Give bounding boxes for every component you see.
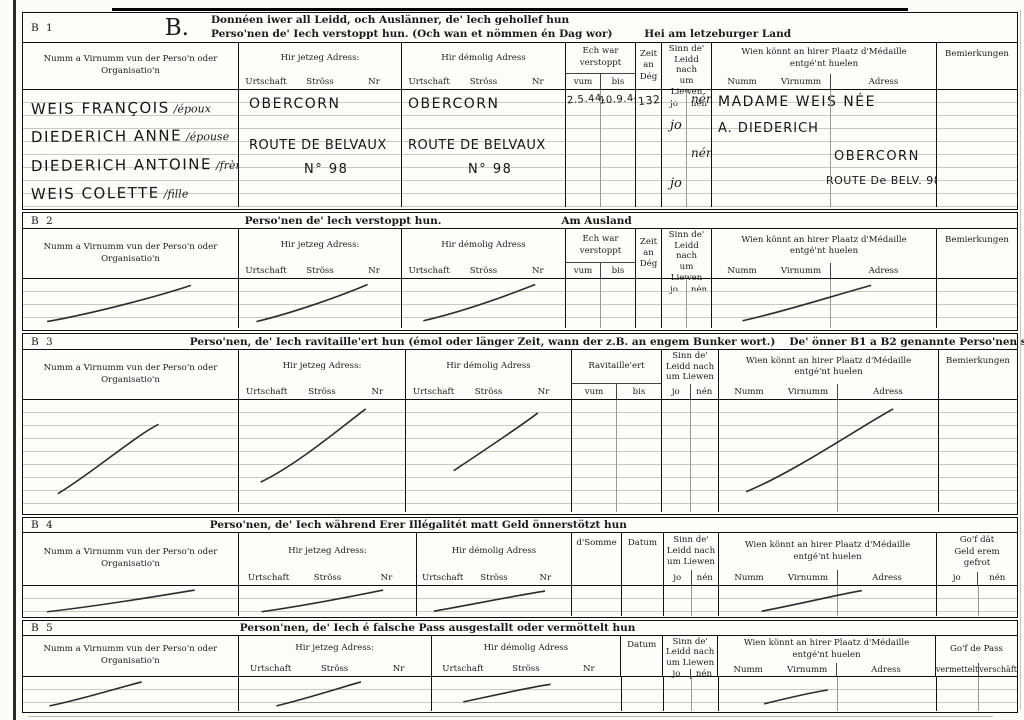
- nr-subheader: Nr: [347, 77, 401, 87]
- strikethrough-mark: [732, 407, 907, 503]
- stross-subheader: Ströss: [456, 266, 510, 276]
- alive-header-1: Sinn de': [673, 535, 708, 546]
- b5-col-datum: Datum: [620, 636, 662, 676]
- strikethrough-mark: [730, 282, 887, 324]
- b2-col-current-address: Hir jetzeg Adress: Urtschaft Ströss Nr: [238, 229, 401, 278]
- b1-days-cell: 132: [635, 90, 661, 207]
- b4-label: B 4: [31, 519, 55, 531]
- medal-name-line: A. DIEDERICH: [718, 121, 936, 136]
- jo-subheader: jo: [662, 384, 691, 399]
- person-name: DIEDERICH ANNE: [31, 127, 182, 147]
- b4-names-cell: [23, 586, 238, 616]
- b4-col-money-returned: Go'f dät Geld erem gefrot jo nén: [936, 533, 1017, 585]
- b3-former-address-cell: [405, 400, 571, 512]
- ravitaillement-header: Ravitaille'ert: [572, 350, 661, 383]
- person-name: WEIS FRANÇOIS: [31, 99, 170, 118]
- numm-subheader: Numm: [712, 77, 772, 87]
- b5-datum-cell: [621, 677, 663, 711]
- jo-subheader: jo: [664, 570, 692, 585]
- urtschaft-subheader: Urtschaft: [239, 664, 303, 674]
- nr-subheader: Nr: [511, 266, 565, 276]
- alive-header-3: um Liewen: [666, 372, 714, 383]
- strikethrough-mark: [268, 679, 374, 708]
- stross-subheader: Ströss: [298, 573, 357, 583]
- jo-subheader: jo: [937, 572, 978, 585]
- nr-subheader: Nr: [516, 387, 571, 397]
- stross-subheader: Ströss: [461, 387, 516, 397]
- alive-header-2: Leidd nach: [666, 362, 714, 373]
- b4-col-alive: Sinn de' Leidd nach um Liewen jo nén: [663, 533, 718, 585]
- b3-col-name: Numm a Virnumm vun der Perso'n oder Orga…: [23, 350, 238, 399]
- medal-header-2: entgé'nt huelen: [794, 367, 862, 378]
- strikethrough-mark: [423, 588, 559, 614]
- nr-subheader: Nr: [520, 573, 571, 583]
- former-address-header: Hir démolig Adress: [406, 350, 571, 384]
- medal-header-2: entgé'nt huelen: [793, 552, 861, 563]
- former-address-header: Hir démolig Adress: [402, 43, 565, 74]
- strikethrough-mark: [455, 681, 559, 705]
- medal-address-line: OBERCORN: [834, 149, 936, 164]
- b2-col-remarks: Bemierkungen: [936, 229, 1017, 278]
- b3-ravitaillement-cell: [571, 400, 661, 512]
- b2-body-row: [23, 279, 1017, 328]
- b1-former-address-cell: OBERCORN ROUTE DE BELVAUX N° 98: [401, 90, 565, 207]
- nen-subheader: nén: [691, 387, 719, 397]
- urtschaft-subheader: Urtschaft: [239, 387, 294, 397]
- b1-col-remarks: Bemierkungen: [936, 43, 1017, 89]
- b2-col-alive: Sinn de' Leidd nach um Liewen jo nén: [661, 229, 711, 278]
- b4-titlebar: B 4 Perso'nen, de' Iech während Erer Ill…: [23, 518, 1017, 532]
- b3-medal-cell: [718, 400, 938, 512]
- b2-titlebar: B 2 Perso'nen de' lech verstoppt hun. Am…: [23, 213, 1017, 228]
- stross-subheader: Ströss: [494, 664, 557, 674]
- stross-subheader: Ströss: [293, 266, 347, 276]
- b5-former-address-cell: [431, 677, 621, 711]
- b3-col-ravitaillement: Ravitaille'ert vum bis: [571, 350, 661, 399]
- nr-subheader: Nr: [350, 387, 405, 397]
- b3-col-current-address: Hir jetzeg Adress: Urtschaft Ströss Nr: [238, 350, 405, 399]
- b1-title-line1: Donnéen iwer all Leidd, och Auslänner, d…: [211, 14, 791, 27]
- bis-subheader: bis: [601, 77, 635, 87]
- strikethrough-mark: [32, 282, 221, 324]
- numm-subheader: Numm: [719, 573, 779, 583]
- person-relation: /fille: [164, 187, 189, 200]
- medal-header-1: Wien könnt an hirer Plaatz d'Médaille: [745, 540, 910, 551]
- b2-names-cell: [23, 279, 238, 328]
- b3-col-alive: Sinn de' Leidd nach um Liewen jo nén: [661, 350, 718, 399]
- remarks-header: Bemierkungen: [937, 229, 1017, 278]
- urtschaft-subheader: Urtschaft: [402, 266, 456, 276]
- b2-current-address-cell: [238, 279, 401, 328]
- zeit-header-1: Zeit: [640, 49, 657, 60]
- alive-header-1: Sinn de': [669, 44, 704, 55]
- current-address-header: Hir jetzeg Adress:: [239, 350, 405, 384]
- b1-col-medal: Wien könnt an hirer Plaatz d'Médaille en…: [711, 43, 936, 89]
- address-number: N° 98: [468, 162, 563, 177]
- medal-header-1: Wien könnt an hirer Plaatz d'Médaille: [744, 638, 909, 649]
- strikethrough-mark: [246, 588, 402, 614]
- b4-body-row: [23, 586, 1017, 616]
- b1-body-row: WEIS FRANÇOIS/époux DIEDERICH ANNE/épous…: [23, 90, 1017, 207]
- address-number: N° 98: [304, 162, 399, 177]
- nen-subheader: nén: [692, 573, 719, 583]
- b1-col-days: Zeit an Dég: [635, 43, 661, 89]
- b2-medal-cell: [711, 279, 936, 328]
- zeit-header-1: Zeit: [640, 237, 657, 248]
- alive-value: jo: [670, 176, 682, 191]
- b5-col-alive: Sinn de' Leidd nach um Liewen jo nén: [662, 636, 717, 676]
- nr-subheader: Nr: [357, 573, 416, 583]
- nr-subheader: Nr: [367, 664, 431, 674]
- b3-alive-cell: [661, 400, 718, 512]
- b3-col-medal: Wien könnt an hirer Plaatz d'Médaille en…: [718, 350, 938, 399]
- stross-subheader: Ströss: [468, 573, 519, 583]
- scan-right-line: [1020, 10, 1021, 710]
- alive-header-1: Sinn de': [672, 637, 707, 647]
- pass-provided-header: Go'f de Pass: [936, 636, 1017, 663]
- adress-subheader: Adress: [831, 266, 936, 276]
- b2-col-former-address: Hir démolig Adress Urtschaft Ströss Nr: [401, 229, 565, 278]
- b2-header-row: Numm a Virnumm vun der Perso'n oder Orga…: [23, 228, 1017, 279]
- b2-col-days: Zeit an Dég: [635, 229, 661, 278]
- datum-header: Datum: [621, 636, 662, 676]
- vum-subheader: vum: [566, 74, 601, 89]
- virnumm-subheader: Virnumm: [772, 263, 831, 278]
- b1-header-row: Numm a Virnumm vun der Perso'n oder Orga…: [23, 42, 1017, 90]
- alive-header-2: Leidd nach: [667, 546, 715, 557]
- alive-header-3: um Liewen: [666, 658, 714, 668]
- alive-header-2: Leidd nach: [663, 55, 710, 76]
- person-relation: /épouse: [186, 130, 229, 143]
- b4-money-returned-cell: [936, 586, 1017, 616]
- zeit-header-3: Dég: [640, 72, 657, 83]
- b1-alive-cell: nén jo nén jo: [661, 90, 711, 207]
- zeit-header-3: Dég: [640, 259, 657, 270]
- scan-top-line: [112, 8, 908, 11]
- b1-col-alive: Sinn de' Leidd nach um Liewen jo nén: [661, 43, 711, 89]
- b5-label: B 5: [31, 622, 55, 634]
- person-name: WEIS COLETTE: [31, 184, 160, 203]
- money-returned-header-2: Geld erem gefrot: [940, 547, 1014, 570]
- scanned-form-page: B 1 B. Donnéen iwer all Leidd, och Auslä…: [0, 0, 1024, 720]
- virnumm-subheader: Virnumm: [772, 74, 831, 89]
- b4-current-address-cell: [238, 586, 416, 616]
- urtschaft-subheader: Urtschaft: [402, 77, 456, 87]
- b1-col-hidden-period: Ech war verstoppt vum bis: [565, 43, 635, 89]
- hidden-period-header: Ech war verstoppt: [566, 43, 635, 73]
- adress-subheader: Adress: [838, 387, 938, 397]
- alive-value: nén: [691, 92, 711, 106]
- strikethrough-mark: [32, 588, 221, 614]
- scan-bottom-line: [28, 716, 993, 717]
- remarks-header: Bemierkungen: [937, 43, 1017, 89]
- datum-header: Datum: [622, 533, 663, 585]
- b1-big-letter: B.: [165, 15, 189, 41]
- nen-subheader: nén: [978, 573, 1018, 583]
- b4-datum-cell: [621, 586, 663, 616]
- medal-header-1: Wien könnt an hirer Plaatz d'Médaille: [741, 235, 906, 246]
- b3-current-address-cell: [238, 400, 405, 512]
- strikethrough-mark: [246, 407, 392, 503]
- b2-col-name: Numm a Virnumm vun der Perso'n oder Orga…: [23, 229, 238, 278]
- strikethrough-mark: [409, 282, 552, 324]
- strikethrough-mark: [245, 282, 388, 324]
- urtschaft-subheader: Urtschaft: [417, 573, 468, 583]
- b4-col-datum: Datum: [621, 533, 663, 585]
- b3-header-row: Numm a Virnumm vun der Perso'n oder Orga…: [23, 349, 1017, 400]
- b5-names-cell: [23, 677, 238, 711]
- b1-name-header: Numm a Virnumm vun der Perso'n oder Orga…: [23, 43, 238, 89]
- medal-name-line: MADAME WEIS NÉE: [718, 94, 936, 110]
- address-street: ROUTE DE BELVAUX: [408, 138, 563, 153]
- section-b5: B 5 Person'nen, de' Iech é falsche Pass …: [22, 620, 1018, 713]
- b2-former-address-cell: [401, 279, 565, 328]
- section-b2: B 2 Perso'nen de' lech verstoppt hun. Am…: [22, 212, 1018, 331]
- current-address-header: Hir jetzeg Adress:: [239, 43, 401, 74]
- numm-subheader: Numm: [719, 387, 779, 397]
- b2-title-right: Am Ausland: [561, 215, 631, 227]
- nr-subheader: Nr: [511, 77, 565, 87]
- b2-hidden-period-cell: [565, 279, 635, 328]
- virnumm-subheader: Virnumm: [778, 663, 837, 676]
- vum-subheader: vum: [566, 263, 601, 278]
- scan-edge-artifact: [13, 0, 16, 720]
- urtschaft-subheader: Urtschaft: [239, 573, 298, 583]
- b2-col-medal: Wien könnt an hirer Plaatz d'Médaille en…: [711, 229, 936, 278]
- alive-value: jo: [670, 118, 682, 133]
- former-address-header: Hir démolig Adress: [432, 636, 621, 661]
- b4-somme-cell: [571, 586, 621, 616]
- b1-titlebar: B 1 B. Donnéen iwer all Leidd, och Auslä…: [23, 13, 1017, 42]
- days-value: 132: [637, 93, 661, 108]
- strikethrough-mark: [752, 588, 871, 614]
- alive-header-3: um Liewen: [667, 557, 715, 568]
- hidden-period-header: Ech war verstoppt: [566, 229, 635, 262]
- person-name: DIEDERICH ANTOINE: [31, 155, 212, 175]
- b4-col-former-address: Hir démolig Adress Urtschaft Ströss Nr: [416, 533, 571, 585]
- b4-alive-cell: [663, 586, 718, 616]
- zeit-header-2: an: [643, 60, 654, 71]
- b2-name-header: Numm a Virnumm vun der Perso'n oder Orga…: [23, 229, 238, 278]
- nr-subheader: Nr: [347, 266, 401, 276]
- address-street: ROUTE DE BELVAUX: [249, 138, 399, 153]
- strikethrough-mark: [40, 679, 158, 708]
- b5-col-medal: Wien könnt an hirer Plaatz d'Médaille en…: [717, 636, 935, 676]
- b3-body-row: [23, 400, 1017, 512]
- urtschaft-subheader: Urtschaft: [239, 266, 293, 276]
- b5-header-row: Numm a Virnumm vun der Perso'n oder Orga…: [23, 635, 1017, 677]
- strikethrough-mark: [413, 411, 558, 507]
- bis-subheader: bis: [617, 387, 661, 397]
- medal-header-1: Wien könnt an hirer Plaatz d'Médaille: [746, 356, 911, 367]
- section-b4: B 4 Perso'nen, de' Iech während Erer Ill…: [22, 517, 1018, 618]
- b3-title2: De' önner B1 a B2 genannte Perso'nen sin…: [789, 336, 1024, 348]
- urtschaft-subheader: Urtschaft: [239, 77, 293, 87]
- stross-subheader: Ströss: [294, 387, 349, 397]
- b3-label: B 3: [31, 336, 55, 348]
- former-address-header: Hir démolig Adress: [417, 533, 571, 570]
- person-relation: /époux: [174, 102, 211, 115]
- medal-header-2: entgé'nt huelen: [790, 59, 858, 70]
- vum-subheader: vum: [572, 384, 617, 399]
- urtschaft-subheader: Urtschaft: [432, 664, 495, 674]
- b5-body-row: [23, 677, 1017, 711]
- b2-label: B 2: [31, 215, 55, 227]
- b1-col-current-address: Hir jetzeg Adress: Urtschaft Ströss Nr: [238, 43, 401, 89]
- numm-subheader: Numm: [712, 266, 772, 276]
- b3-name-header: Numm a Virnumm vun der Perso'n oder Orga…: [23, 350, 238, 399]
- b1-title-line2: Perso'nen de' Iech verstoppt hun. (Och w…: [211, 28, 613, 40]
- current-address-header: Hir jetzeg Adress:: [239, 229, 401, 263]
- b4-name-header: Numm a Virnumm vun der Perso'n oder Orga…: [23, 533, 238, 585]
- address-town: OBERCORN: [249, 96, 399, 112]
- virnumm-subheader: Virnumm: [779, 570, 838, 585]
- nr-subheader: Nr: [557, 664, 620, 674]
- b1-hidden-period-cell: 2.5.44. 10.9.44.: [565, 90, 635, 207]
- b4-col-medal: Wien könnt an hirer Plaatz d'Médaille en…: [718, 533, 936, 585]
- b2-col-hidden-period: Ech war verstoppt vum bis: [565, 229, 635, 278]
- b3-col-former-address: Hir démolig Adress Urtschaft Ströss Nr: [405, 350, 571, 399]
- alive-header-1: Sinn de': [669, 230, 704, 241]
- stross-subheader: Ströss: [456, 77, 510, 87]
- b1-medal-cell: MADAME WEIS NÉE A. DIEDERICH OBERCORN RO…: [711, 90, 936, 207]
- medal-address-line: ROUTE De BELV. 98: [826, 174, 936, 187]
- b1-remarks-cell: [936, 90, 1017, 207]
- alive-header-1: Sinn de': [672, 351, 707, 362]
- b5-pass-provided-cell: [936, 677, 1017, 711]
- remarks-header: Bemierkungen: [939, 350, 1017, 399]
- person-relation: /frère: [216, 158, 238, 171]
- b5-col-former-address: Hir démolig Adress Urtschaft Ströss Nr: [431, 636, 621, 676]
- adress-subheader: Adress: [838, 573, 936, 583]
- b4-medal-cell: [718, 586, 936, 616]
- b5-alive-cell: [663, 677, 718, 711]
- b5-col-current-address: Hir jetzeg Adress: Urtschaft Ströss Nr: [238, 636, 431, 676]
- b5-col-pass-provided: Go'f de Pass vermettelt verschäft: [935, 636, 1017, 676]
- b2-title: Perso'nen de' lech verstoppt hun.: [245, 215, 442, 227]
- b4-col-somme: d'Somme: [571, 533, 621, 585]
- adress-subheader: Adress: [837, 665, 935, 675]
- hidden-to-value: 10.9.44.: [599, 92, 635, 106]
- b3-names-cell: [23, 400, 238, 512]
- b4-col-name: Numm a Virnumm vun der Perso'n oder Orga…: [23, 533, 238, 585]
- medal-header-1: Wien könnt an hirer Plaatz d'Médaille: [741, 47, 906, 58]
- virnumm-subheader: Virnumm: [779, 384, 838, 399]
- section-b1: B 1 B. Donnéen iwer all Leidd, och Auslä…: [22, 12, 1018, 210]
- alive-header-2: Leidd nach: [666, 647, 714, 657]
- current-address-header: Hir jetzeg Adress:: [239, 636, 431, 661]
- bis-subheader: bis: [601, 266, 635, 276]
- b3-remarks-cell: [938, 400, 1017, 512]
- b2-remarks-cell: [936, 279, 1017, 328]
- current-address-header: Hir jetzeg Adress:: [239, 533, 416, 570]
- b1-col-name: Numm a Virnumm vun der Perso'n oder Orga…: [23, 43, 238, 89]
- zeit-header-2: an: [643, 248, 654, 259]
- b1-title-right: Hei am letzeburger Land: [644, 28, 791, 40]
- b4-header-row: Numm a Virnumm vun der Perso'n oder Orga…: [23, 532, 1017, 586]
- b1-label: B 1: [31, 22, 55, 34]
- b5-title: Person'nen, de' Iech é falsche Pass ausg…: [240, 622, 636, 634]
- stross-subheader: Ströss: [293, 77, 347, 87]
- b5-name-header: Numm a Virnumm vun der Perso'n oder Orga…: [23, 636, 238, 676]
- alive-value: nén: [691, 146, 711, 160]
- b3-title: Perso'nen, de' Iech ravitaille'ert hun (…: [190, 336, 776, 348]
- b4-col-current-address: Hir jetzeg Adress: Urtschaft Ströss Nr: [238, 533, 416, 585]
- b2-alive-cell: [661, 279, 711, 328]
- stross-subheader: Ströss: [303, 664, 367, 674]
- adress-subheader: Adress: [831, 77, 936, 87]
- section-b3: B 3 Perso'nen, de' Iech ravitaille'ert h…: [22, 333, 1018, 515]
- b3-titlebar: B 3 Perso'nen, de' Iech ravitaille'ert h…: [23, 334, 1017, 349]
- b5-current-address-cell: [238, 677, 431, 711]
- former-address-header: Hir démolig Adress: [402, 229, 565, 263]
- b4-title: Perso'nen, de' Iech während Erer Illégal…: [210, 519, 627, 531]
- b2-days-cell: [635, 279, 661, 328]
- b3-col-remarks: Bemierkungen: [938, 350, 1017, 399]
- money-returned-header-1: Go'f dät: [960, 535, 994, 547]
- alive-header-2: Leidd nach: [663, 241, 710, 262]
- verschaaft-subheader: verschäft: [979, 665, 1017, 674]
- b1-names-cell: WEIS FRANÇOIS/époux DIEDERICH ANNE/épous…: [23, 90, 238, 207]
- strikethrough-mark: [45, 407, 174, 503]
- strikethrough-mark: [758, 687, 834, 706]
- medal-header-2: entgé'nt huelen: [792, 650, 860, 661]
- b5-col-name: Numm a Virnumm vun der Perso'n oder Orga…: [23, 636, 238, 676]
- b5-medal-cell: [718, 677, 936, 711]
- b4-former-address-cell: [416, 586, 571, 616]
- b1-col-former-address: Hir démolig Adress Urtschaft Ströss Nr: [401, 43, 565, 89]
- b1-current-address-cell: OBERCORN ROUTE DE BELVAUX N° 98: [238, 90, 401, 207]
- b5-titlebar: B 5 Person'nen, de' Iech é falsche Pass …: [23, 621, 1017, 635]
- address-town: OBERCORN: [408, 96, 563, 112]
- medal-header-2: entgé'nt huelen: [790, 246, 858, 257]
- urtschaft-subheader: Urtschaft: [406, 387, 461, 397]
- vermettelt-subheader: vermettelt: [936, 663, 979, 676]
- numm-subheader: Numm: [718, 665, 778, 675]
- somme-header: d'Somme: [572, 533, 621, 585]
